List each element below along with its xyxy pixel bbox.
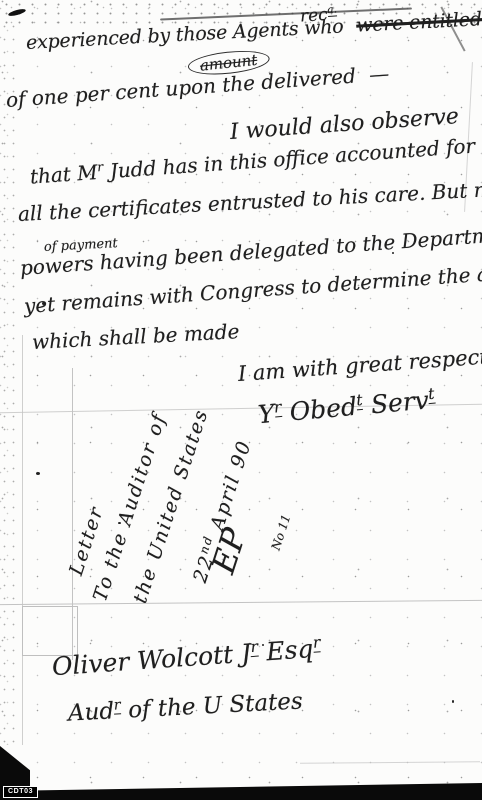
speck	[452, 700, 454, 703]
addressee-esq: Esq	[257, 634, 314, 667]
scan-noise-left	[0, 20, 18, 745]
line1-struck-text: were entitled to	[356, 7, 482, 37]
body-line-8: which shall be made	[31, 319, 240, 354]
ink-blot-top-left	[8, 8, 27, 17]
line2-text: of one per cent upon the delivered	[5, 64, 356, 112]
addressee-esq-sup: r	[312, 633, 321, 652]
fold-line-vertical-1	[22, 335, 23, 745]
addressee-name: Oliver Wolcott J	[51, 638, 252, 681]
line4-post: Judd has in this office accounted for	[103, 134, 476, 184]
fold-box-left	[22, 606, 78, 656]
sig-mid: Obed	[281, 392, 358, 427]
sig-pre: Y	[257, 399, 276, 429]
scan-edge-bottom-bar	[0, 780, 482, 800]
archive-tag: CDT03	[3, 786, 38, 798]
auditor-title: of the U States	[120, 688, 303, 723]
scanned-letter-page: reca. experienced by those Agents who we…	[0, 0, 482, 800]
auditor-abbrev: Aud	[67, 698, 114, 726]
closing-line: I am with great respect	[237, 345, 482, 386]
line4-pre: that M	[29, 160, 98, 189]
date-month-year: April 90	[204, 437, 256, 540]
sig-sup3: t	[427, 385, 435, 404]
sig-end: Serv	[362, 385, 430, 420]
signature-line: Yr Obedt Servt	[257, 385, 436, 430]
endorsement-number: No 11	[269, 513, 294, 552]
line2-dash: —	[368, 61, 390, 86]
address-line-1: Oliver Wolcott Jr Esqr	[51, 633, 322, 681]
line1-pre: experienced by those Agents who	[25, 15, 344, 54]
fold-line-bottom	[300, 761, 480, 764]
address-line-2: Audr of the U States	[67, 688, 303, 727]
body-line-1: experienced by those Agents who were ent…	[25, 3, 482, 54]
speck	[36, 472, 40, 475]
